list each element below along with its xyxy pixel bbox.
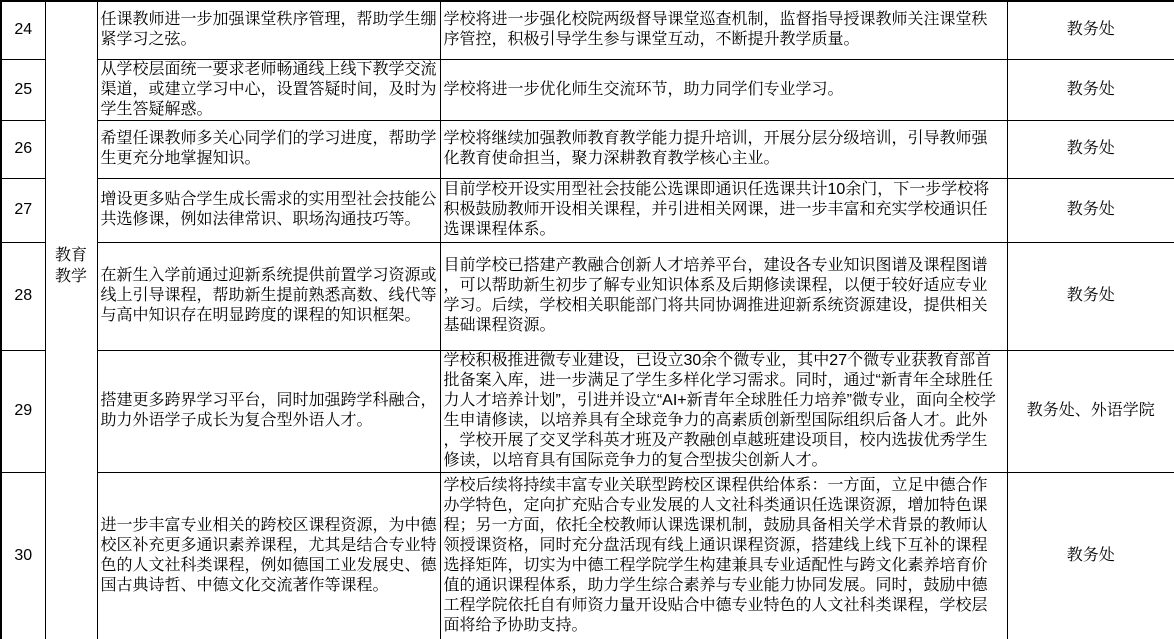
document-page: 24 教育 教学 任课教师进一步加强课堂秩序管理，帮助学生绷紧学习之弦。 学校将… [0,0,1174,639]
response-cell: 学校将继续加强教师教育教学能力提升培训，开展分层分级培训，引导教师强化教育使命担… [440,120,1007,178]
response-cell: 学校将进一步优化师生交流环节，助力同学们专业学习。 [440,59,1007,120]
category-cell: 教育 教学 [45,1,97,639]
suggestion-cell: 希望任课教师多关心同学们的学习进度，帮助学生更充分地掌握知识。 [97,120,440,178]
response-cell: 学校后续将持续丰富专业关联型跨校区课程供给体系：一方面，立足中德合作办学特色，定… [440,472,1007,639]
department-cell: 教务处 [1007,120,1174,178]
table-row: 25 从学校层面统一要求老师畅通线上线下教学交流渠道，或建立学习中心，设置答疑时… [1,59,1174,120]
table-row: 24 教育 教学 任课教师进一步加强课堂秩序管理，帮助学生绷紧学习之弦。 学校将… [1,1,1174,59]
row-number-cell: 30 [1,472,45,639]
table-row: 28 在新生入学前通过迎新系统提供前置学习资源或线上引导课程，帮助新生提前熟悉高… [1,242,1174,350]
response-cell: 目前学校开设实用型社会技能公选课即通识任选课共计10余门，下一步学校将积极鼓励教… [440,178,1007,242]
row-number-cell: 24 [1,1,45,59]
row-number-cell: 26 [1,120,45,178]
suggestion-cell: 从学校层面统一要求老师畅通线上线下教学交流渠道，或建立学习中心，设置答疑时间，及… [97,59,440,120]
row-number-cell: 28 [1,242,45,350]
suggestion-cell: 搭建更多跨界学习平台，同时加强跨学科融合，助力外语学子成长为复合型外语人才。 [97,350,440,472]
department-cell: 教务处 [1007,1,1174,59]
table-row: 30 进一步丰富专业相关的跨校区课程资源，为中德校区补充更多通识素养课程，尤其是… [1,472,1174,639]
department-cell: 教务处 [1007,178,1174,242]
row-number-cell: 29 [1,350,45,472]
department-cell: 教务处、外语学院 [1007,350,1174,472]
suggestion-cell: 任课教师进一步加强课堂秩序管理，帮助学生绷紧学习之弦。 [97,1,440,59]
category-label: 教育 教学 [48,245,95,287]
row-number-cell: 27 [1,178,45,242]
suggestions-table: 24 教育 教学 任课教师进一步加强课堂秩序管理，帮助学生绷紧学习之弦。 学校将… [0,0,1174,639]
suggestion-cell: 在新生入学前通过迎新系统提供前置学习资源或线上引导课程，帮助新生提前熟悉高数、线… [97,242,440,350]
suggestion-cell: 进一步丰富专业相关的跨校区课程资源，为中德校区补充更多通识素养课程，尤其是结合专… [97,472,440,639]
suggestion-cell: 增设更多贴合学生成长需求的实用型社会技能公共选修课，例如法律常识、职场沟通技巧等… [97,178,440,242]
department-cell: 教务处 [1007,242,1174,350]
table-row: 26 希望任课教师多关心同学们的学习进度，帮助学生更充分地掌握知识。 学校将继续… [1,120,1174,178]
response-cell: 学校将进一步强化校院两级督导课堂巡查机制，监督指导授课教师关注课堂秩序管控，积极… [440,1,1007,59]
table-row: 27 增设更多贴合学生成长需求的实用型社会技能公共选修课，例如法律常识、职场沟通… [1,178,1174,242]
department-cell: 教务处 [1007,59,1174,120]
row-number-cell: 25 [1,59,45,120]
department-cell: 教务处 [1007,472,1174,639]
table-row: 29 搭建更多跨界学习平台，同时加强跨学科融合，助力外语学子成长为复合型外语人才… [1,350,1174,472]
response-cell: 学校积极推进微专业建设，已设立30余个微专业，其中27个微专业获教育部首批备案入… [440,350,1007,472]
response-cell: 目前学校已搭建产教融合创新人才培养平台，建设各专业知识图谱及课程图谱，可以帮助新… [440,242,1007,350]
